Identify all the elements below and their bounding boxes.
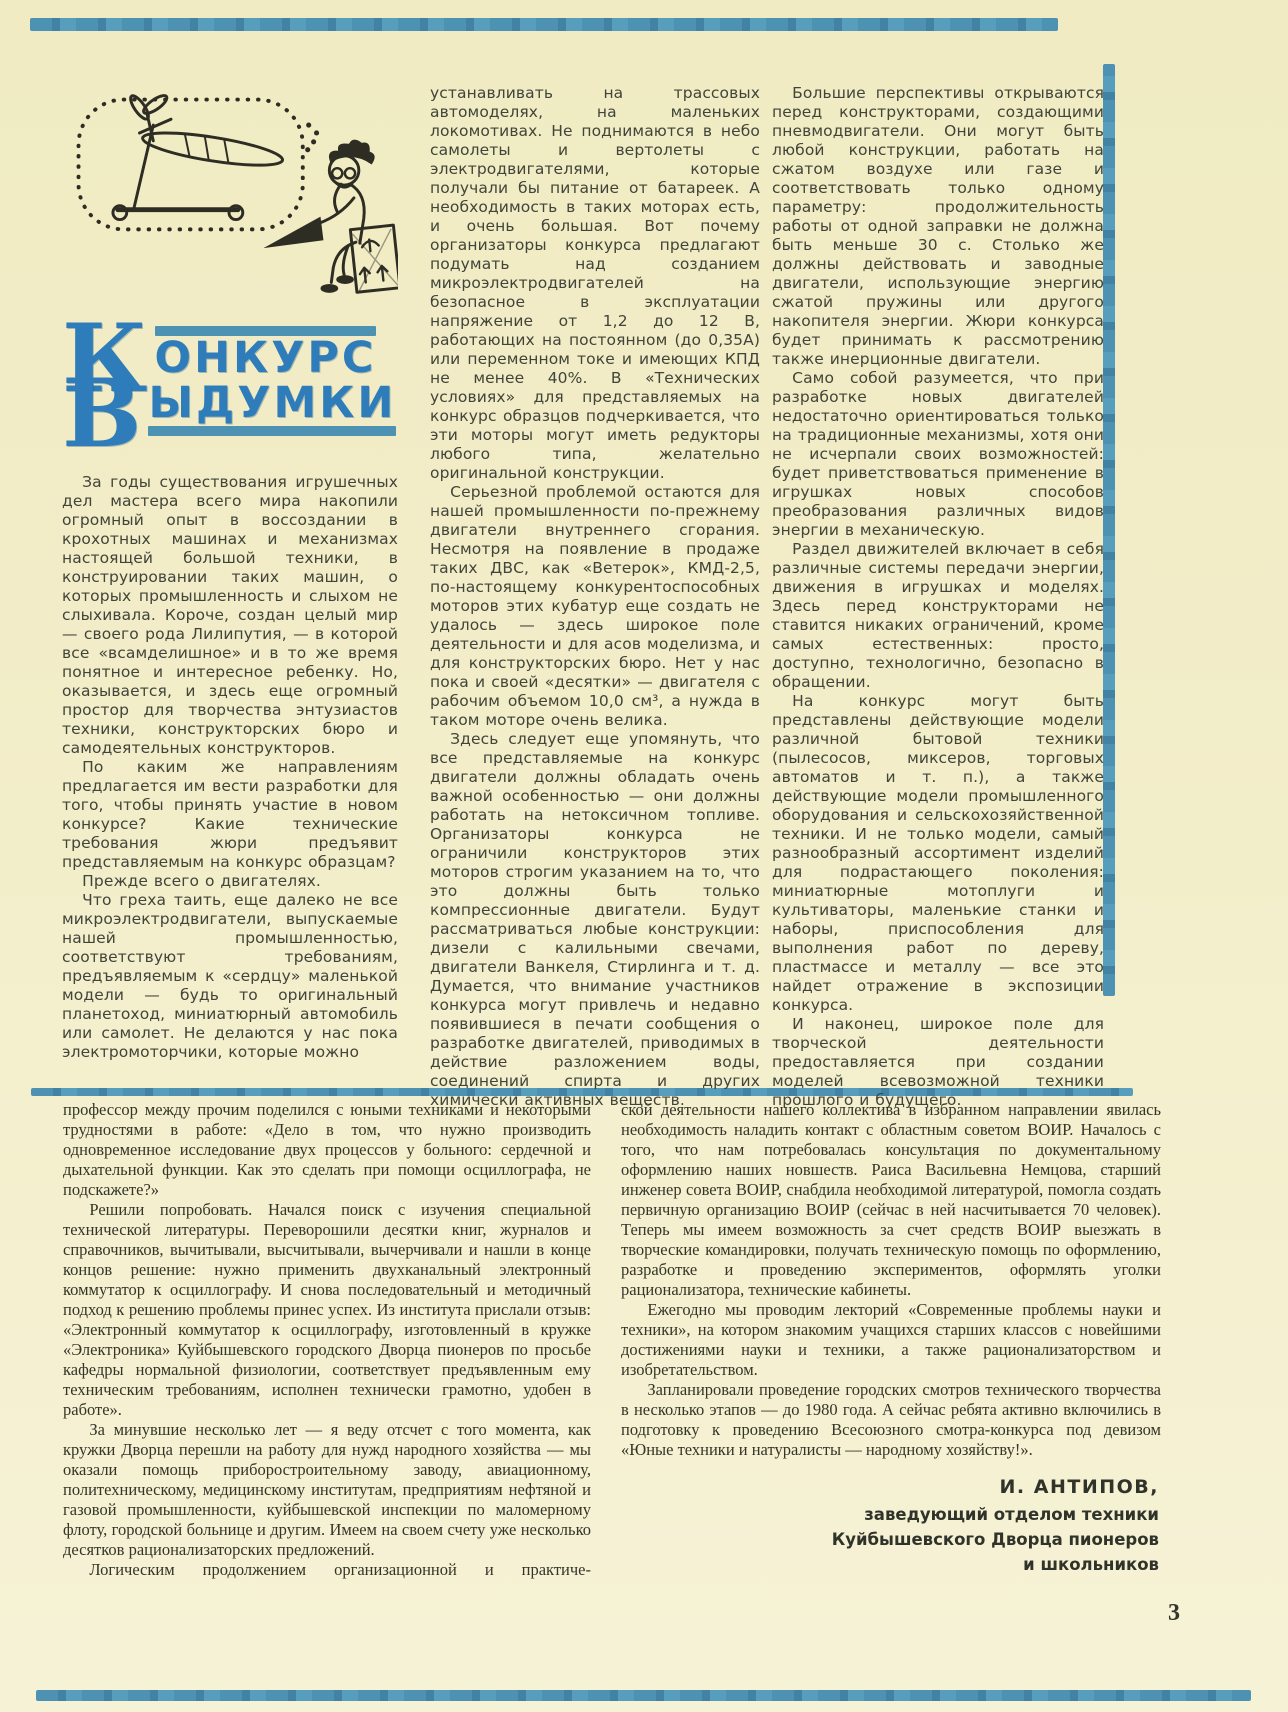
paragraph: Что греха таить, еще далеко не все микро… bbox=[62, 891, 398, 1062]
paragraph: На конкурс могут быть представлены дейст… bbox=[772, 692, 1104, 1015]
paragraph: Серьезной проблемой остаются для нашей п… bbox=[430, 483, 760, 730]
paragraph: За минувшие несколько лет — я веду отсче… bbox=[63, 1420, 591, 1560]
paragraph: устанавливать на трассовых автомоделях, … bbox=[430, 84, 760, 483]
author-role-line: заведующий отделом техники bbox=[621, 1503, 1159, 1528]
title-word-1: ОНКУРС bbox=[155, 336, 377, 381]
page-number: 3 bbox=[1168, 1600, 1180, 1627]
author-signature: И. АНТИПОВ, заведующий отделом техники К… bbox=[621, 1476, 1161, 1577]
upper-column-3: Большие перспективы открываются перед ко… bbox=[772, 84, 1104, 1110]
title-word-2: ЫДУМКИ bbox=[148, 381, 396, 426]
paragraph: Раздел движителей включает в себя различ… bbox=[772, 540, 1104, 692]
paragraph: ской деятельности нашего коллектива в из… bbox=[621, 1100, 1161, 1300]
upper-column-1: К ОНКУРС В ЫДУМКИ За годы существования … bbox=[62, 72, 398, 1062]
top-border-rule bbox=[30, 18, 1058, 31]
paragraph: Здесь следует еще упомянуть, что все пре… bbox=[430, 730, 760, 1110]
magazine-page: К ОНКУРС В ЫДУМКИ За годы существования … bbox=[0, 0, 1288, 1712]
lower-column-right: ской деятельности нашего коллектива в из… bbox=[621, 1100, 1161, 1577]
author-role-line: и школьников bbox=[621, 1553, 1159, 1578]
upper-column-2: устанавливать на трассовых автомоделях, … bbox=[430, 84, 760, 1110]
paragraph: профессор между прочим поделился с юными… bbox=[63, 1100, 591, 1200]
paragraph: Большие перспективы открываются перед ко… bbox=[772, 84, 1104, 369]
paragraph: И наконец, широкое поле для творческой д… bbox=[772, 1015, 1104, 1110]
author-name: И. АНТИПОВ, bbox=[621, 1476, 1159, 1498]
paragraph: Логическим продолжением организационной … bbox=[63, 1560, 591, 1580]
bottom-border-rule bbox=[36, 1690, 1251, 1701]
lower-column-left: профессор между прочим поделился с юными… bbox=[63, 1100, 591, 1580]
paragraph: Ежегодно мы проводим лекторий «Современн… bbox=[621, 1300, 1161, 1380]
article-title-konkurs-vydumki: К ОНКУРС В ЫДУМКИ bbox=[62, 324, 398, 451]
paragraph: Само собой разумеется, что при разработк… bbox=[772, 369, 1104, 540]
title-initial-v: В bbox=[62, 379, 141, 450]
author-role-line: Куйбышевского Дворца пионеров bbox=[621, 1528, 1159, 1553]
paragraph: За годы существования игрушечных дел мас… bbox=[62, 473, 398, 758]
paragraph: Прежде всего о двигателях. bbox=[62, 872, 398, 891]
right-border-rule bbox=[1103, 64, 1115, 996]
paragraph: Запланировали проведение городских смотр… bbox=[621, 1380, 1161, 1460]
dreamer-propeller-scooter-illustration bbox=[62, 72, 398, 312]
title-line-2: В ЫДУМКИ bbox=[62, 379, 398, 450]
paragraph: По каким же направлениям предлагается им… bbox=[62, 758, 398, 872]
paragraph: Решили попробовать. Начался поиск с изуч… bbox=[63, 1200, 591, 1420]
title-rule-bottom bbox=[148, 426, 396, 436]
